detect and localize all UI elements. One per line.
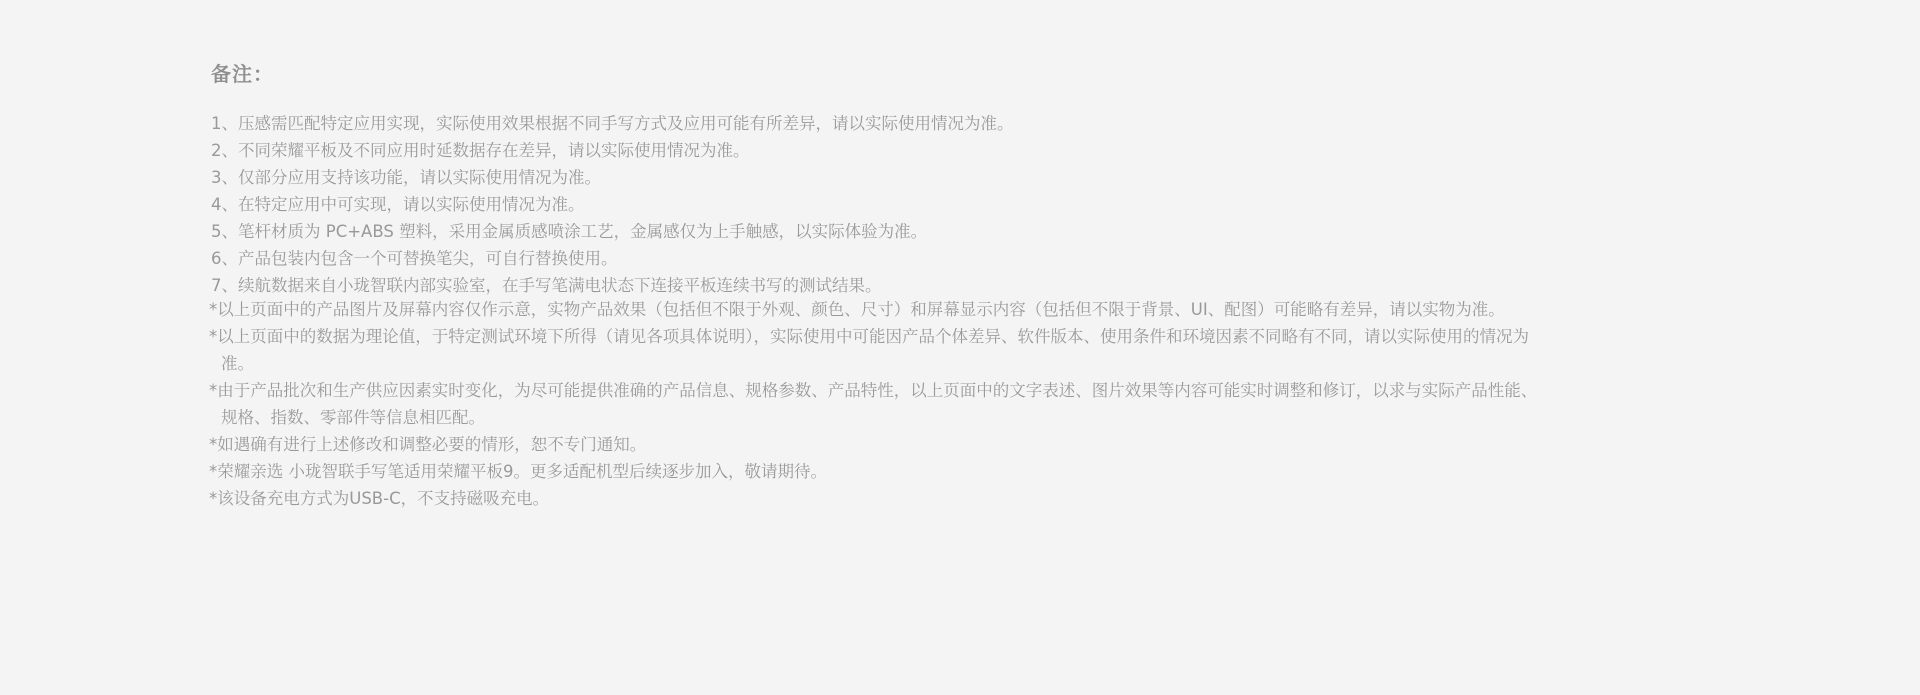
- notes-section: 备注： 1、压感需匹配特定应用实现，实际使用效果根据不同手写方式及应用可能有所差…: [211, 58, 1711, 299]
- disclaimers-section: *以上页面中的产品图片及屏幕内容仅作示意，实物产品效果（包括但不限于外观、颜色、…: [209, 296, 1549, 512]
- disclaimer-item: *由于产品批次和生产供应因素实时变化，为尽可能提供准确的产品信息、规格参数、产品…: [209, 377, 1549, 431]
- disclaimer-item: *荣耀亲选 小珑智联手写笔适用荣耀平板9。更多适配机型后续逐步加入，敬请期待。: [209, 458, 1549, 485]
- disclaimer-item: *该设备充电方式为USB-C，不支持磁吸充电。: [209, 485, 1549, 512]
- notes-title: 备注：: [211, 58, 1711, 90]
- note-item: 5、笔杆材质为 PC+ABS 塑料，采用金属质感喷涂工艺，金属感仅为上手触感，以…: [211, 218, 1711, 245]
- note-item: 4、在特定应用中可实现，请以实际使用情况为准。: [211, 191, 1711, 218]
- disclaimer-item: *以上页面中的产品图片及屏幕内容仅作示意，实物产品效果（包括但不限于外观、颜色、…: [209, 296, 1549, 323]
- note-item: 1、压感需匹配特定应用实现，实际使用效果根据不同手写方式及应用可能有所差异，请以…: [211, 110, 1711, 137]
- note-item: 6、产品包装内包含一个可替换笔尖，可自行替换使用。: [211, 245, 1711, 272]
- note-item: 3、仅部分应用支持该功能，请以实际使用情况为准。: [211, 164, 1711, 191]
- note-item: 2、不同荣耀平板及不同应用时延数据存在差异，请以实际使用情况为准。: [211, 137, 1711, 164]
- disclaimer-item: *以上页面中的数据为理论值，于特定测试环境下所得（请见各项具体说明），实际使用中…: [209, 323, 1549, 377]
- notes-numbered-list: 1、压感需匹配特定应用实现，实际使用效果根据不同手写方式及应用可能有所差异，请以…: [211, 110, 1711, 299]
- disclaimer-item: *如遇确有进行上述修改和调整必要的情形，恕不专门通知。: [209, 431, 1549, 458]
- note-item: 7、续航数据来自小珑智联内部实验室，在手写笔满电状态下连接平板连续书写的测试结果…: [211, 272, 1711, 299]
